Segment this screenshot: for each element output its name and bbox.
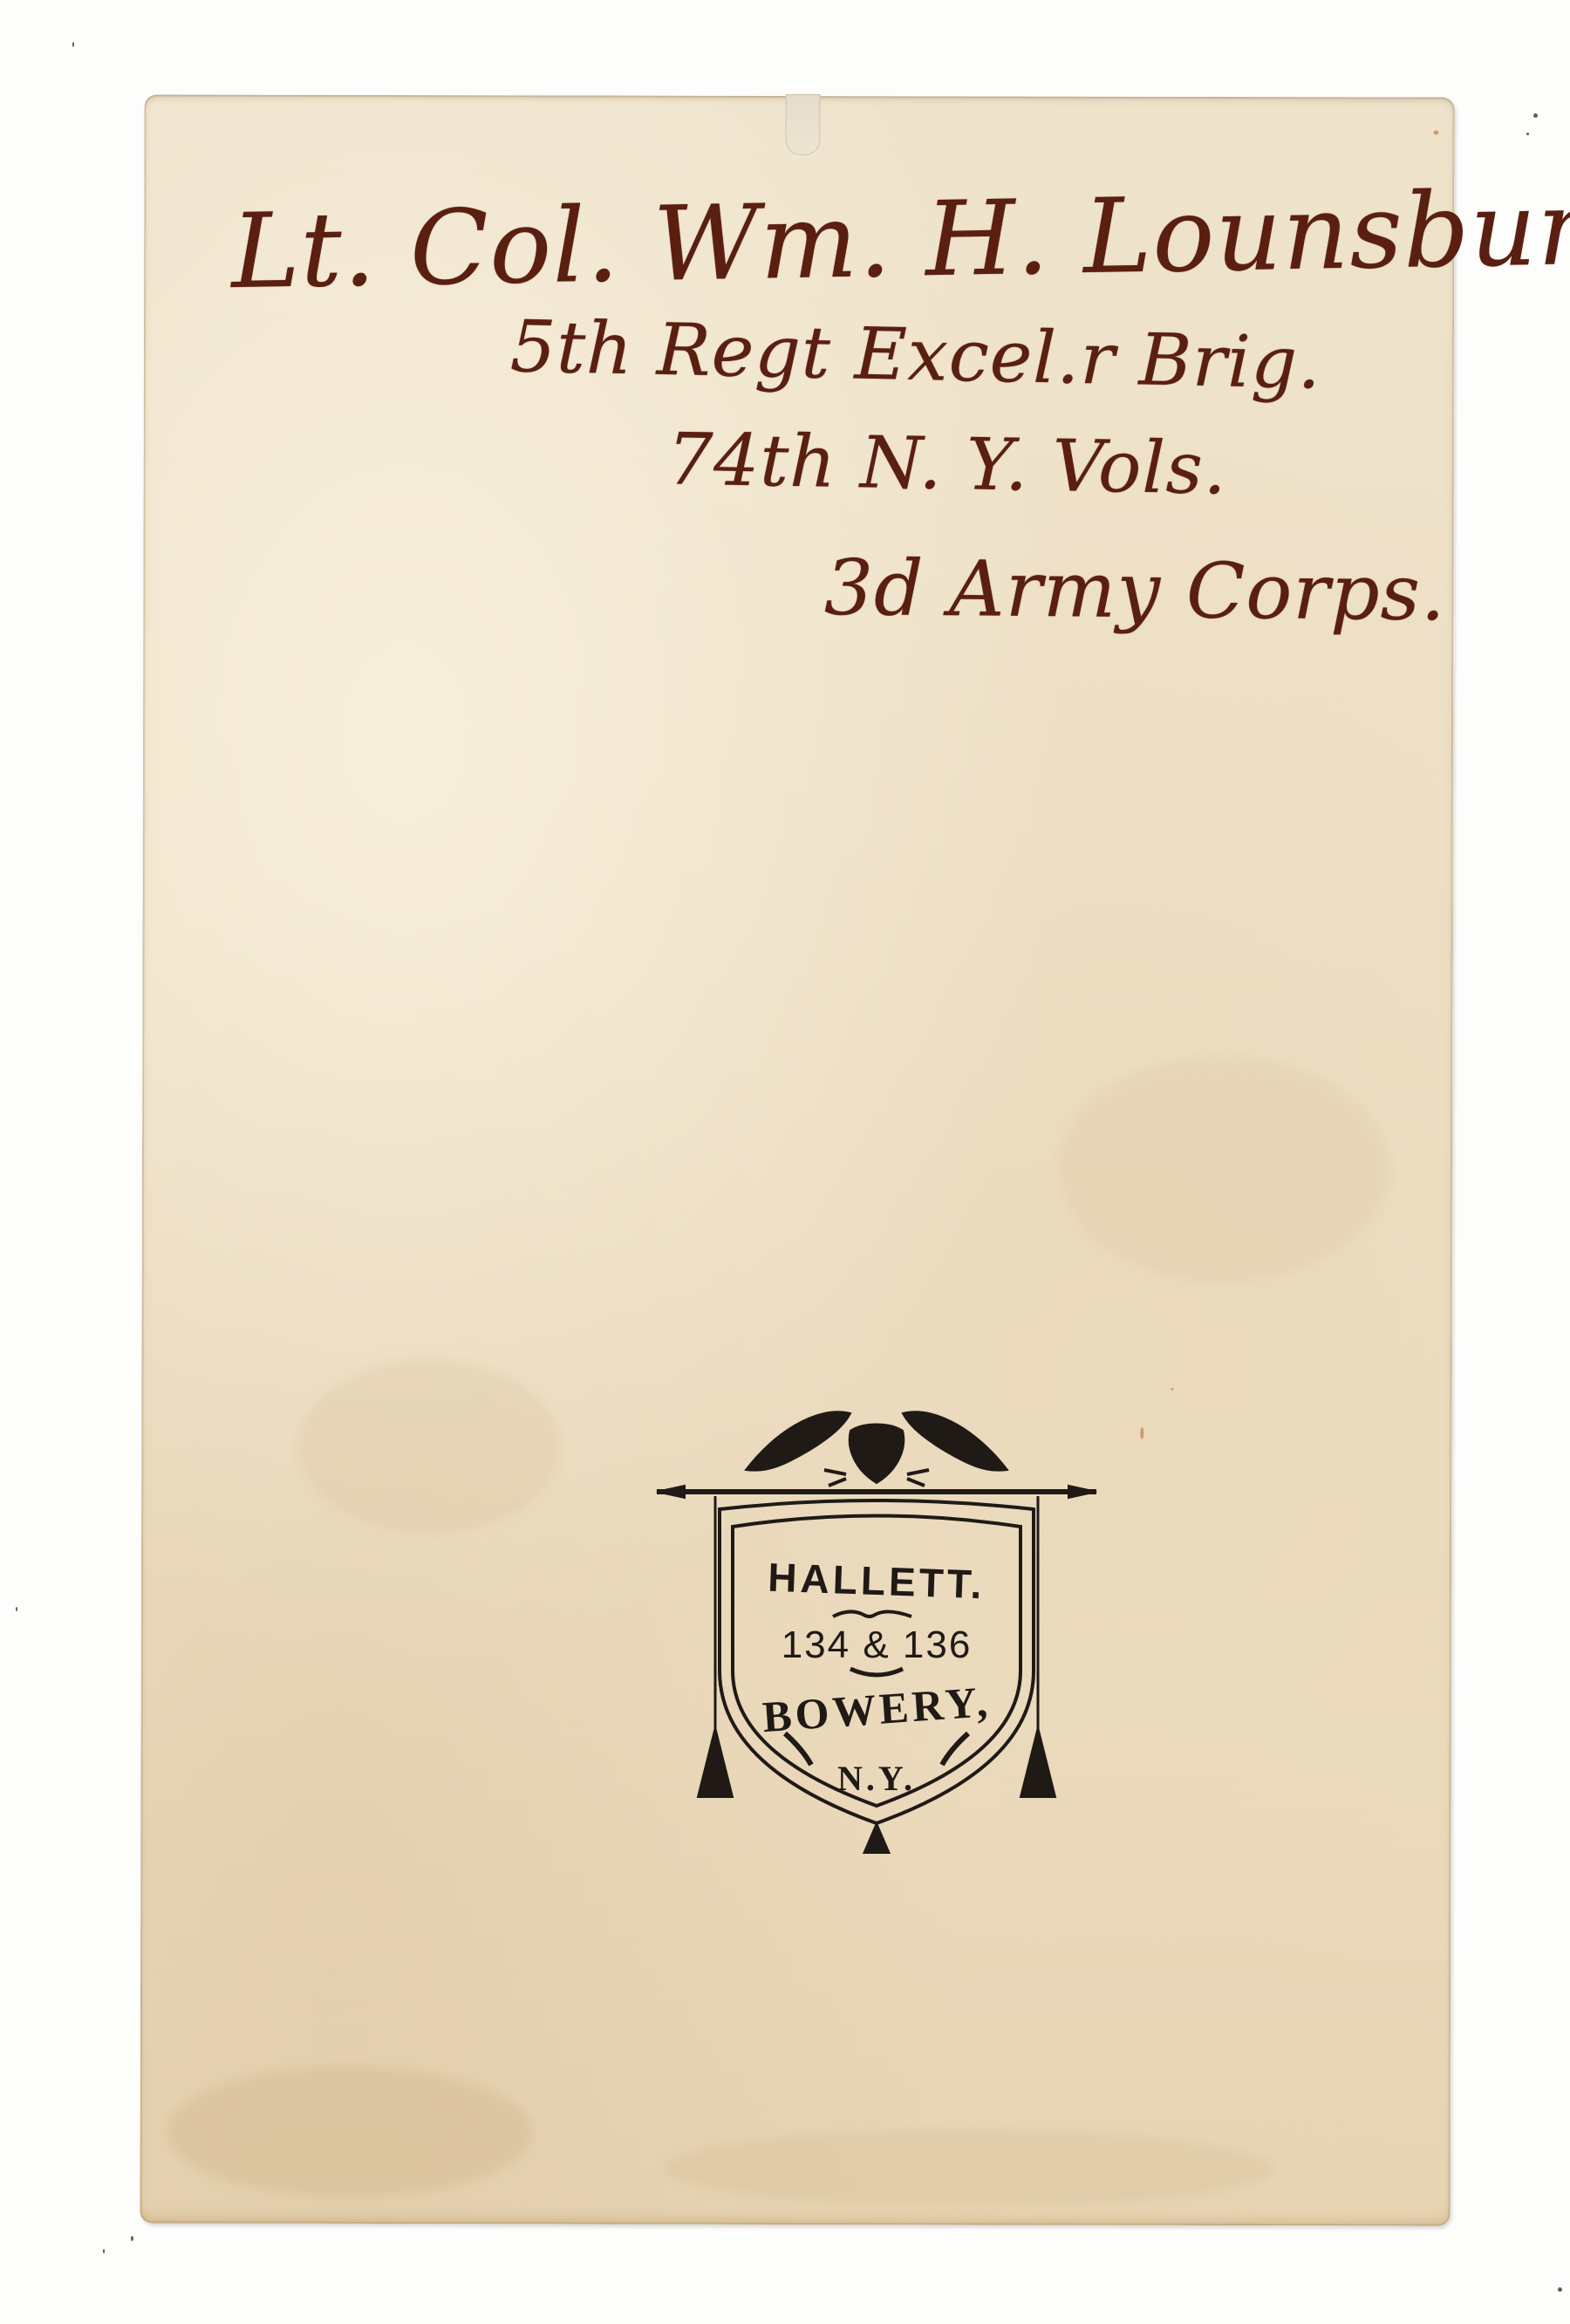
foxing-spot [1171,1388,1173,1391]
dust-speck [103,2249,105,2253]
dust-speck [1533,113,1538,118]
inscription-volunteers-line: 74th N. Y. Vols. [666,418,1227,510]
stamp-street-number: 134 & 136 [641,1623,1112,1667]
foxing-spot [1433,131,1438,135]
photographer-imprint-stamp: HALLETT. 134 & 136 BOWERY, N.Y. [641,1383,1112,1854]
dust-speck [16,1607,17,1611]
dust-speck [1526,133,1529,135]
stamp-city: N.Y. [641,1758,1112,1799]
inscription-regiment-line: 5th Regt Excel.r Brig. [509,305,1322,405]
dust-speck [72,42,74,47]
stain [167,2066,533,2198]
stain [663,2129,1273,2208]
card [140,94,1454,2225]
inscription-name-line: Lt. Col. Wm. H. Lounsbury [230,167,1570,311]
eagle-left-wing-icon [746,1411,850,1470]
stain [298,1360,560,1535]
bottom-tassel-icon [863,1823,890,1854]
inscription-corps-line: 3d Army Corps. [824,543,1447,638]
dust-speck [1558,2287,1562,2292]
card-tear-notch [785,94,820,155]
stain [1058,1056,1390,1284]
foxing-spot [1140,1427,1143,1439]
eagle-right-wing-icon [903,1411,1007,1470]
eagle-body-icon [850,1425,904,1484]
dust-speck [131,2236,133,2241]
